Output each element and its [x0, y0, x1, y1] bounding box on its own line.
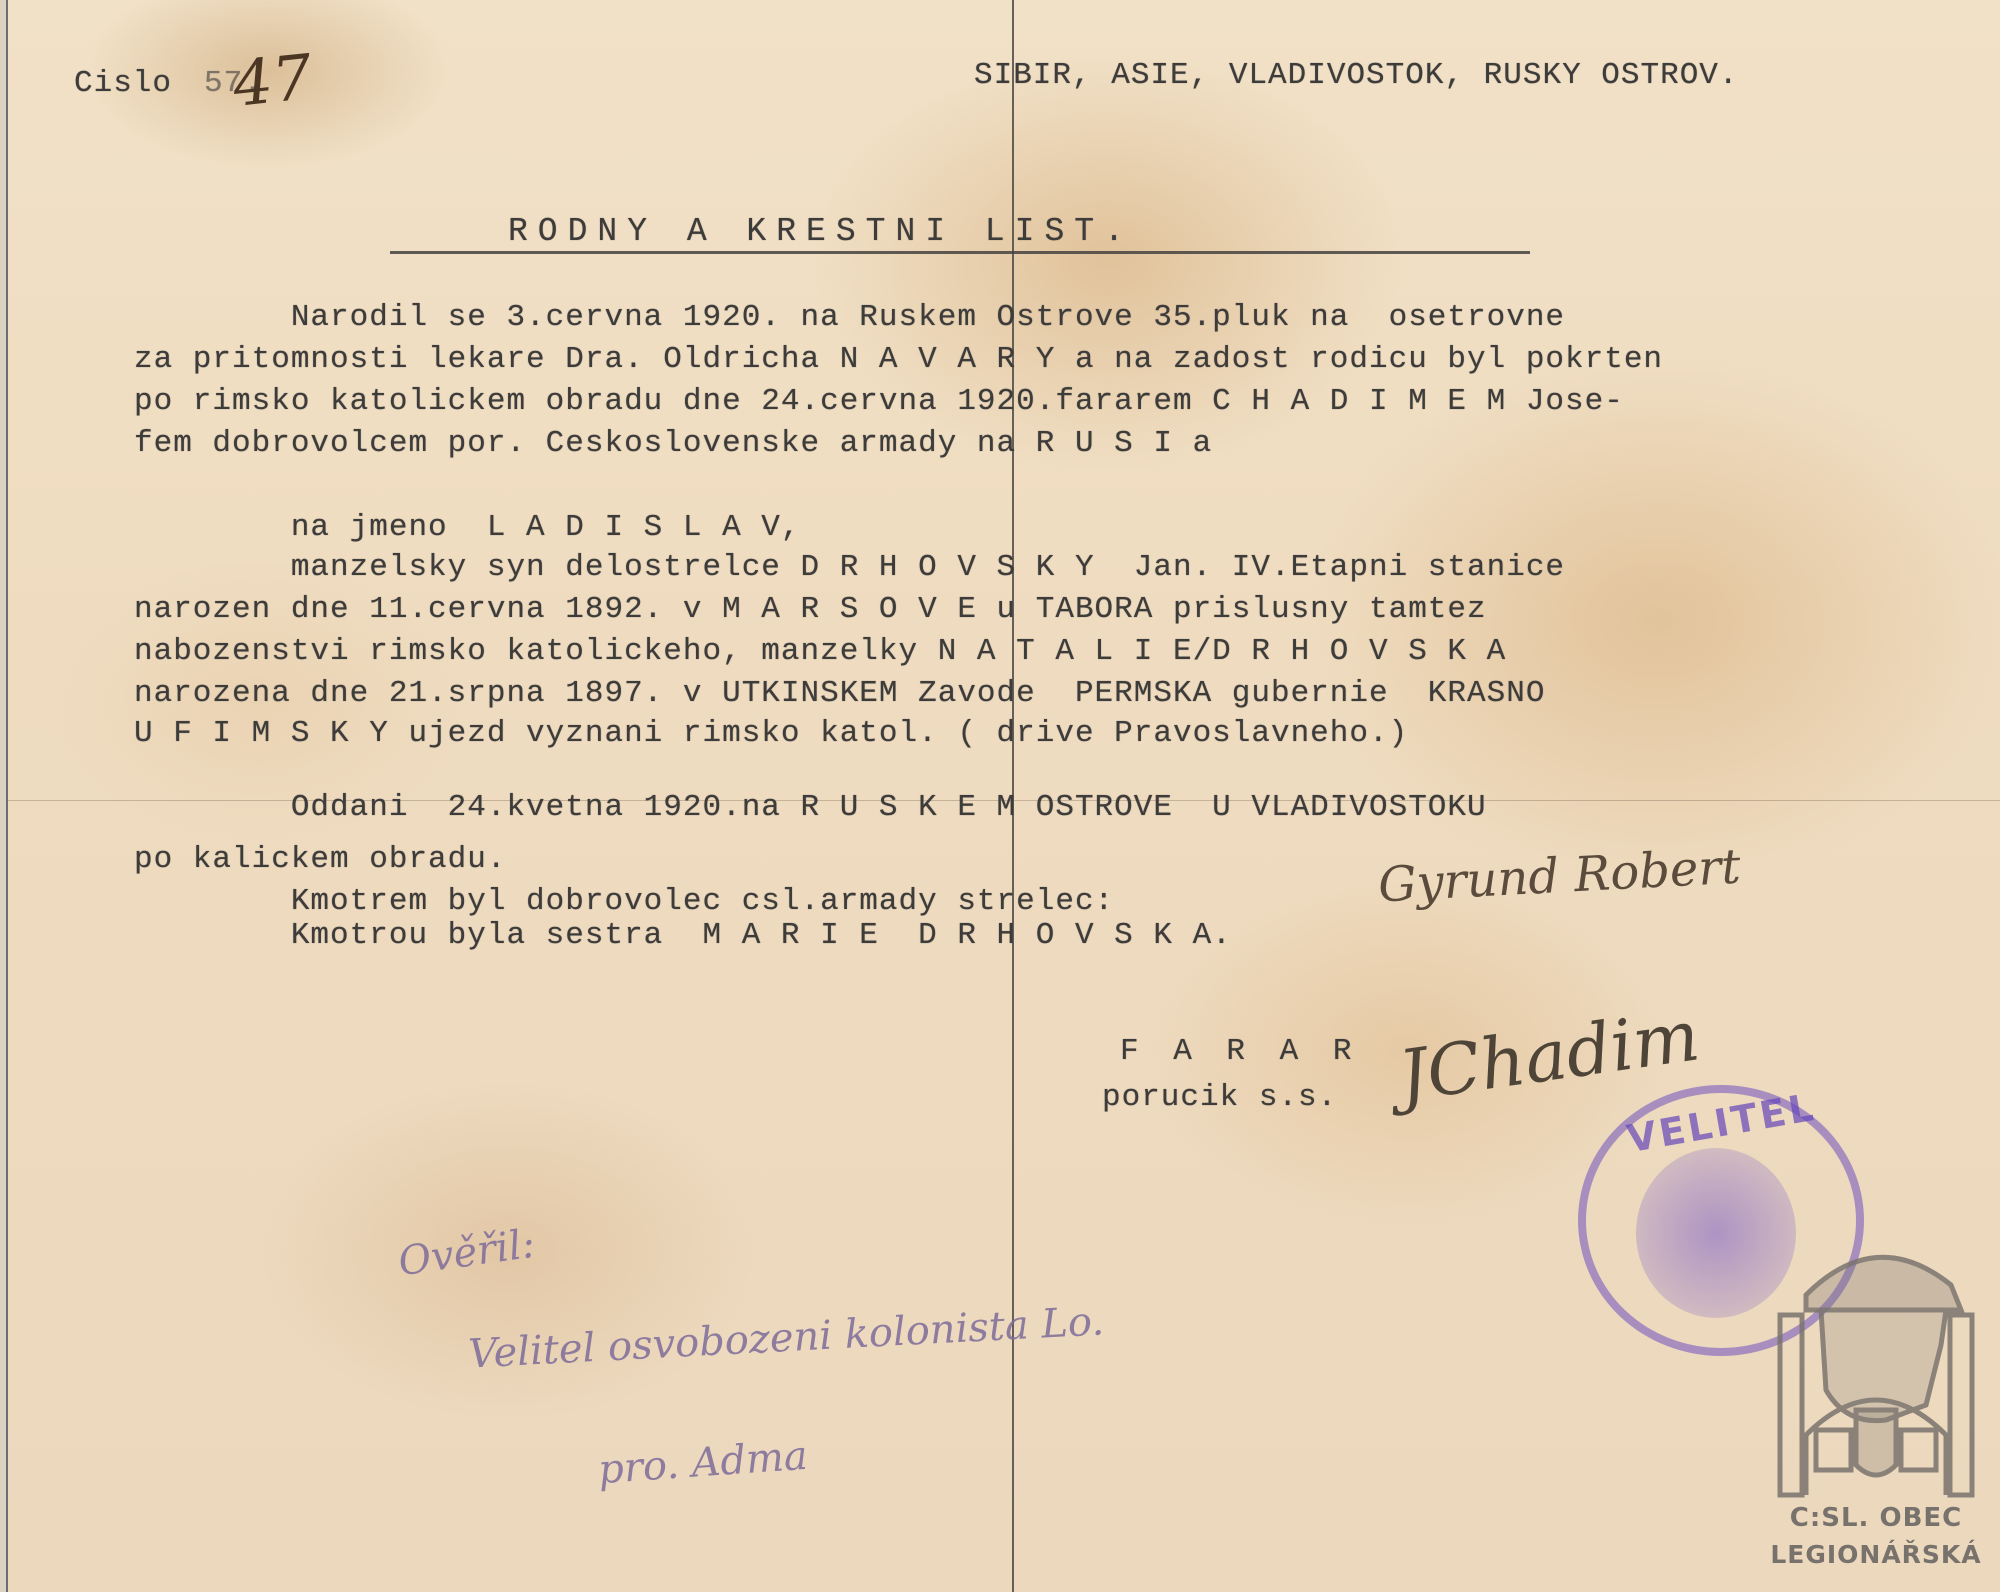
signatory-title: F A R A R	[1120, 1034, 1359, 1070]
legionnaire-emblem-watermark: C:SL. OBEC LEGIONÁŘSKÁ	[1766, 1215, 1986, 1585]
para2-line6: U F I M S K Y ujezd vyznani rimsko katol…	[134, 716, 1408, 752]
location-header: SIBIR, ASIE, VLADIVOSTOK, RUSKY OSTROV.	[974, 58, 1739, 94]
para2-line2: manzelsky syn delostrelce D R H O V S K …	[134, 550, 1565, 586]
number-label: Cislo	[74, 66, 172, 102]
emblem-text-line2: LEGIONÁŘSKÁ	[1766, 1540, 1986, 1569]
verification-line3: pro. Adma	[597, 1433, 810, 1494]
para2-line4: nabozenstvi rimsko katolickeho, manzelky…	[134, 634, 1506, 670]
para3-line4: Kmotrou byla sestra M A R I E D R H O V …	[134, 918, 1232, 954]
verification-line2: Velitel osvobozeni kolonista Lo.	[467, 1298, 1105, 1377]
godfather-signature: Gyrund Robert	[1377, 839, 1742, 914]
document-title: RODNY A KRESTNI LIST.	[508, 214, 1134, 250]
para2-line5: narozena dne 21.srpna 1897. v UTKINSKEM …	[134, 676, 1545, 712]
para3-line3: Kmotrem byl dobrovolec csl.armady strele…	[134, 884, 1114, 920]
para2-line3: narozen dne 11.cervna 1892. v M A R S O …	[134, 592, 1487, 628]
handwritten-number: 47	[229, 40, 315, 121]
para1-line4: fem dobrovolcem por. Ceskoslovenske arma…	[134, 426, 1212, 462]
para3-line1: Oddani 24.kvetna 1920.na R U S K E M OST…	[134, 790, 1487, 826]
soldier-helmet-icon	[1766, 1215, 1986, 1505]
para1-line2: za pritomnosti lekare Dra. Oldricha N A …	[134, 342, 1663, 378]
signatory-rank: porucik s.s.	[1102, 1080, 1337, 1116]
para2-line1: na jmeno L A D I S L A V,	[134, 510, 801, 546]
para1-line1: Narodil se 3.cervna 1920. na Ruskem Ostr…	[134, 300, 1565, 336]
para3-line2: po kalickem obradu.	[134, 842, 506, 878]
para1-line3: po rimsko katolickem obradu dne 24.cervn…	[134, 384, 1624, 420]
verification-line1: Ověřil:	[395, 1221, 537, 1286]
emblem-text-line1: C:SL. OBEC	[1766, 1503, 1986, 1533]
document-page: Cislo 57. 47 SIBIR, ASIE, VLADIVOSTOK, R…	[6, 0, 2000, 1592]
title-underline	[390, 251, 1530, 254]
